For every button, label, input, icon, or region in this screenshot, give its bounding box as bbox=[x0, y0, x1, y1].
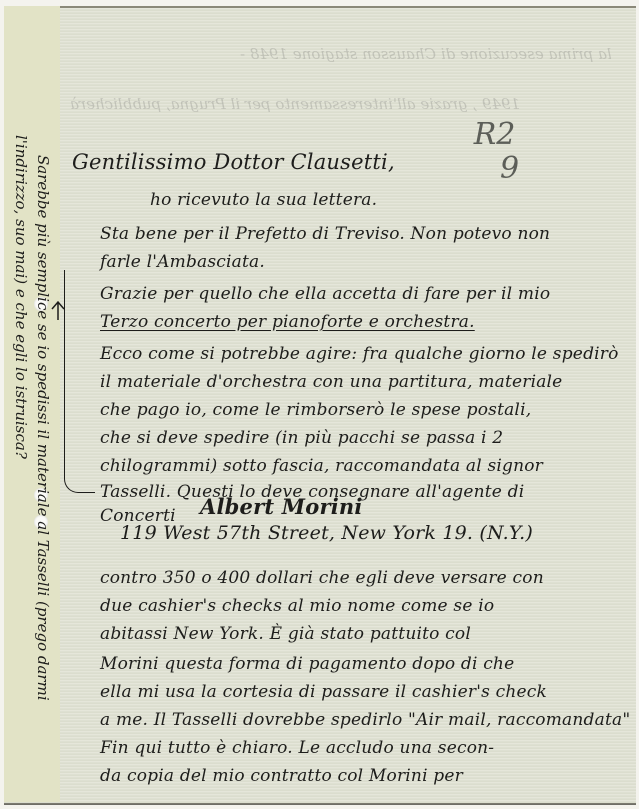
letter-line: farle l'Ambasciata. bbox=[100, 252, 265, 272]
show-through-text: 1949 , grazie all'interessamento per il … bbox=[70, 95, 520, 113]
margin-bracket bbox=[64, 270, 95, 493]
letter-line-underlined: Terzo concerto per pianoforte e orchestr… bbox=[100, 312, 475, 332]
letter-line: da copia del mio contratto col Morini pe… bbox=[100, 766, 463, 786]
agent-address: 119 West 57th Street, New York 19. (N.Y.… bbox=[120, 522, 533, 544]
archive-mark: R2 9 bbox=[470, 118, 519, 186]
margin-note-column-1: Sarebbe più semplice se io spedissi il m… bbox=[34, 155, 52, 701]
letter-line: ella mi usa la cortesia di passare il ca… bbox=[100, 682, 547, 702]
show-through-text: la prima esecuzione di Chausson stagione… bbox=[240, 45, 612, 63]
letter-line: il materiale d'orchestra con una partitu… bbox=[100, 372, 562, 392]
letter-line: due cashier's checks al mio nome come se… bbox=[100, 596, 494, 616]
arrow-up-icon bbox=[50, 300, 66, 320]
letter-line: contro 350 o 400 dollari che egli deve v… bbox=[100, 568, 544, 588]
letter-line: Grazie per quello che ella accetta di fa… bbox=[100, 284, 550, 304]
agent-name: Albert Morini bbox=[200, 494, 363, 519]
letter-line: abitassi New York. È già stato pattuito … bbox=[100, 624, 471, 644]
letter-line: che si deve spedire (in più pacchi se pa… bbox=[100, 428, 503, 448]
letter-line: Ecco come si potrebbe agire: fra qualche… bbox=[100, 344, 619, 364]
letter-line: chilogrammi) sotto fascia, raccomandata … bbox=[100, 456, 543, 476]
letter-line: Sta bene per il Prefetto di Treviso. Non… bbox=[100, 224, 550, 244]
archive-mark-line2: 9 bbox=[500, 152, 519, 186]
margin-note-column-2: l'indirizzo, suo mai) e che egli lo istr… bbox=[12, 135, 30, 459]
letter-line: Morini questa forma di pagamento dopo di… bbox=[100, 654, 514, 674]
letter-line: che pago io, come le rimborserò le spese… bbox=[100, 400, 531, 420]
letter-line: a me. Il Tasselli dovrebbe spedirlo "Air… bbox=[100, 710, 630, 730]
archive-mark-line1: R2 bbox=[470, 118, 519, 152]
letter-greeting: Gentilissimo Dottor Clausetti, bbox=[72, 150, 395, 174]
letter-line: ho ricevuto la sua lettera. bbox=[150, 190, 377, 210]
letter-line: Fin qui tutto è chiaro. Le accludo una s… bbox=[100, 738, 494, 758]
